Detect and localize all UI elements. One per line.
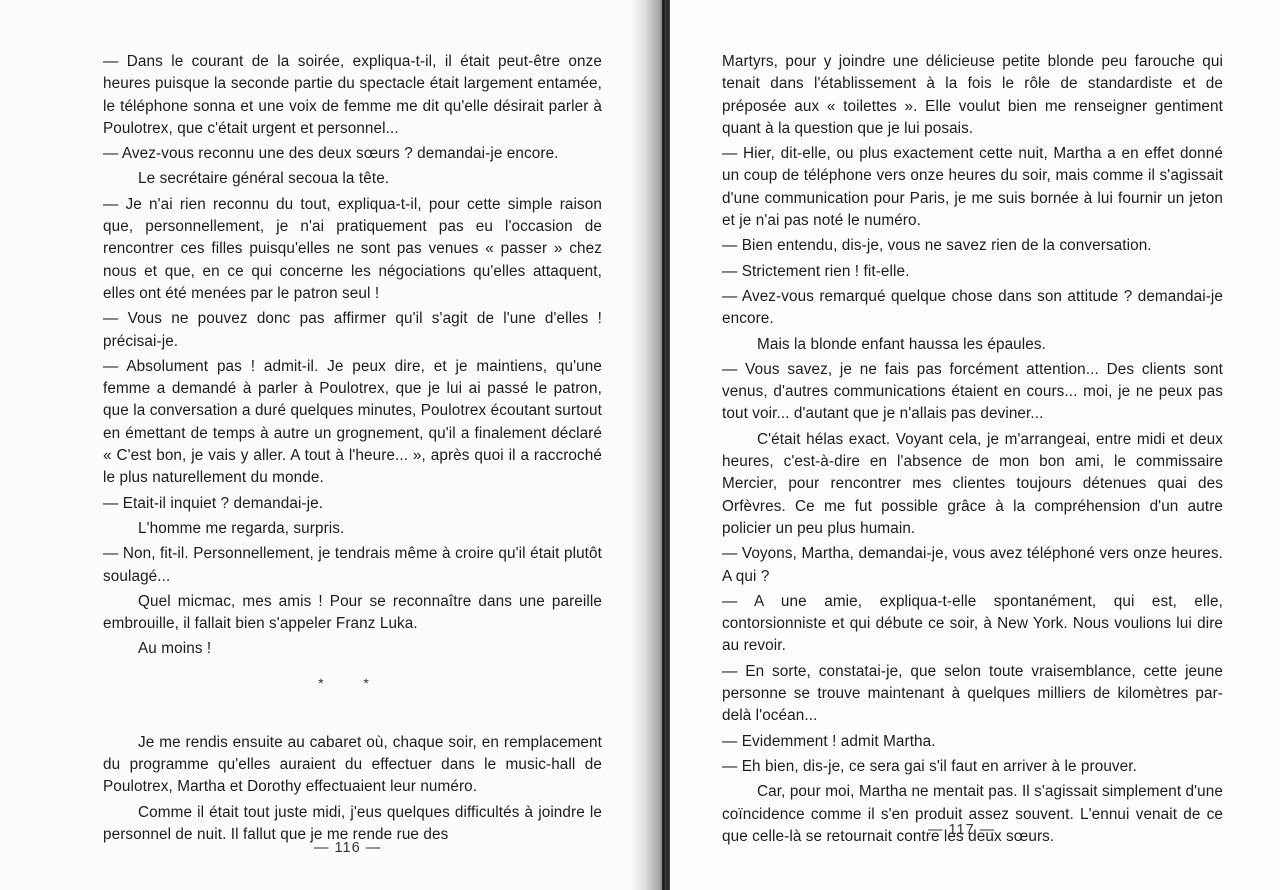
- paragraph: — En sorte, constatai-je, que selon tout…: [722, 661, 1223, 728]
- paragraph: — Strictement rien ! fit-elle.: [722, 261, 1223, 283]
- paragraph: — Dans le courant de la soirée, expliqua…: [103, 51, 602, 140]
- page-number-right: — 117 —: [928, 822, 995, 838]
- paragraph: C'était hélas exact. Voyant cela, je m'a…: [722, 429, 1223, 540]
- right-page-text: Martyrs, pour y joindre une délicieuse p…: [722, 51, 1223, 851]
- paragraph: — Etait-il inquiet ? demandai-je.: [103, 493, 602, 515]
- paragraph: — Voyons, Martha, demandai-je, vous avez…: [722, 543, 1223, 588]
- paragraph: — Non, fit-il. Personnellement, je tendr…: [103, 543, 602, 588]
- left-page-text: — Dans le courant de la soirée, expliqua…: [103, 51, 602, 849]
- paragraph: Martyrs, pour y joindre une délicieuse p…: [722, 51, 1223, 140]
- paragraph: — Je n'ai rien reconnu du tout, expliqua…: [103, 194, 602, 305]
- paragraph: Au moins !: [103, 638, 602, 660]
- paragraph: — Hier, dit-elle, ou plus exactement cet…: [722, 143, 1223, 232]
- page-number-left: — 116 —: [314, 840, 381, 856]
- left-page: — Dans le courant de la soirée, expliqua…: [0, 0, 650, 890]
- paragraph: — A une amie, expliqua-t-elle spontanéme…: [722, 591, 1223, 658]
- paragraph: — Bien entendu, dis-je, vous ne savez ri…: [722, 235, 1223, 257]
- paragraph: Car, pour moi, Martha ne mentait pas. Il…: [722, 781, 1223, 848]
- paragraph: — Avez-vous remarqué quelque chose dans …: [722, 286, 1223, 331]
- paragraph: Je me rendis ensuite au cabaret où, chaq…: [103, 732, 602, 799]
- paragraph: — Absolument pas ! admit-il. Je peux dir…: [103, 356, 602, 490]
- paragraph: Quel micmac, mes amis ! Pour se reconnaî…: [103, 591, 602, 636]
- paragraph: Le secrétaire général secoua la tête.: [103, 168, 602, 190]
- section-separator: * *: [103, 664, 602, 732]
- paragraph: — Eh bien, dis-je, ce sera gai s'il faut…: [722, 756, 1223, 778]
- book-spine-line: [662, 0, 666, 890]
- paragraph: — Vous ne pouvez donc pas affirmer qu'il…: [103, 308, 602, 353]
- paragraph: L'homme me regarda, surpris.: [103, 518, 602, 540]
- paragraph: Mais la blonde enfant haussa les épaules…: [722, 334, 1223, 356]
- paragraph: — Vous savez, je ne fais pas forcément a…: [722, 359, 1223, 426]
- paragraph: — Evidemment ! admit Martha.: [722, 731, 1223, 753]
- paragraph: — Avez-vous reconnu une des deux sœurs ?…: [103, 143, 602, 165]
